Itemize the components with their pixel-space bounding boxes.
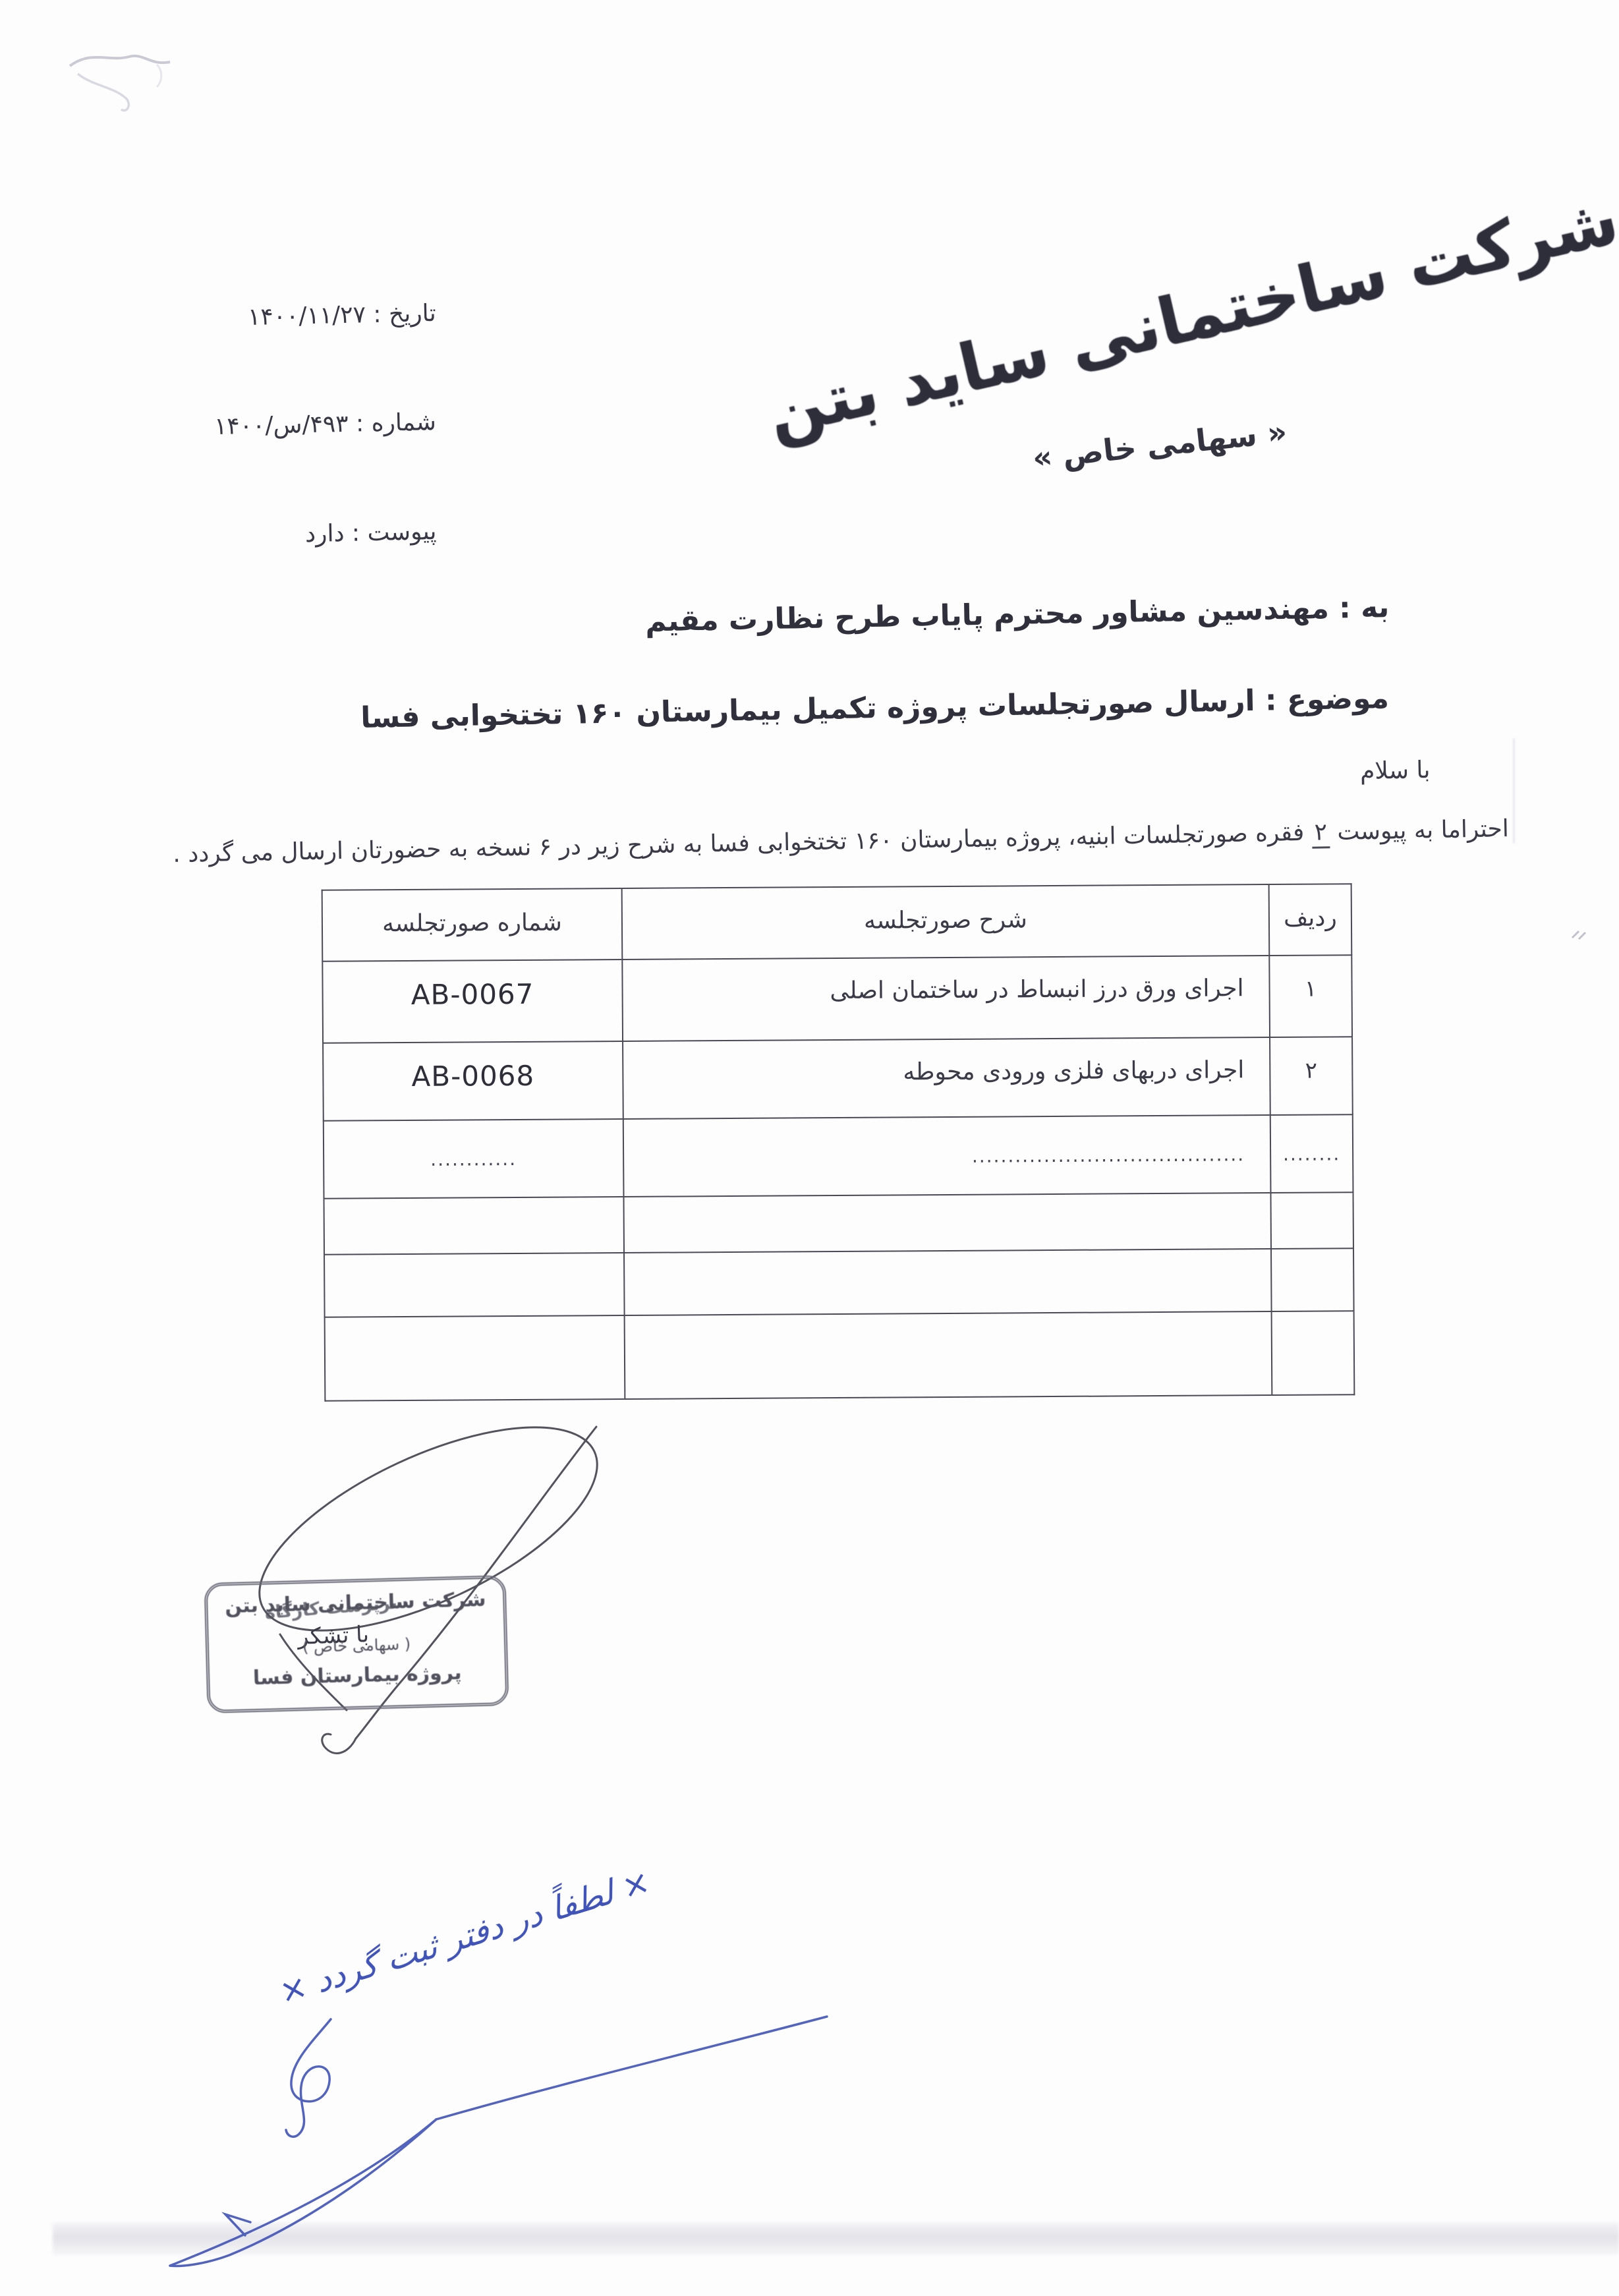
row-no-cell xyxy=(1270,1192,1353,1249)
scan-crease-artifact xyxy=(58,32,216,130)
attachment-count: ۲ xyxy=(1311,818,1330,849)
row-no-cell: ۲ xyxy=(1270,1037,1353,1115)
description-cell: اجرای ورق درز انبساط در ساختمان اصلی xyxy=(622,956,1270,1041)
minutes-no-cell: AB-0068 xyxy=(323,1041,623,1121)
intro-text-pre: احتراما به پیوست xyxy=(1330,815,1510,846)
description-cell xyxy=(623,1193,1271,1253)
scanned-letter-page: شرکت ساختمانی ساید بتن « سهامی خاص » تار… xyxy=(0,0,1619,2296)
number-line: شماره : ۴۹۳/س/۱۴۰۰ xyxy=(214,409,437,440)
header-row-no: ردیف xyxy=(1269,884,1352,956)
minutes-no-cell xyxy=(324,1197,625,1255)
row-no-cell xyxy=(1272,1311,1355,1395)
table-row xyxy=(324,1192,1353,1255)
table-row xyxy=(324,1248,1354,1317)
manager-pen-signature xyxy=(217,1377,652,1773)
table-header-row: ردیف شرح صورتجلسه شماره صورتجلسه xyxy=(322,884,1352,961)
row-no-cell: ۱ xyxy=(1269,955,1352,1037)
date-line: تاریخ : ۱۴۰۰/۱۱/۲۷ xyxy=(248,300,436,331)
minutes-no-cell: AB-0067 xyxy=(322,960,623,1043)
minutes-no-cell: ............ xyxy=(324,1119,624,1199)
table-row: ۲ اجرای دربهای فلزی ورودی محوطه AB-0068 xyxy=(323,1037,1353,1121)
handwritten-note: × لطفاً در دفتر ثبت گردد × xyxy=(267,1862,654,2015)
row-no-cell xyxy=(1271,1248,1354,1311)
intro-paragraph: احتراما به پیوست ۲ فقره صورتجلسات ابنیه،… xyxy=(173,815,1509,871)
company-stamp: شرکت ساختمانی ساید بتن سرپرست کارگاه ( س… xyxy=(204,1575,509,1713)
subject-line: موضوع : ارسال صورتجلسات پروژه تکمیل بیما… xyxy=(360,681,1389,735)
stamp-company-type: ( سهامی خاص ) xyxy=(209,1632,505,1659)
salutation: با سلام xyxy=(1359,757,1430,785)
recipient-line: به : مهندسین مشاور محترم پایاب طرح نظارت… xyxy=(644,590,1389,639)
stamp-project-name: پروژه بیمارستان فسا xyxy=(210,1660,505,1691)
registrar-pen-signature xyxy=(152,2003,857,2280)
pencil-mark-artifact xyxy=(1568,926,1595,946)
description-cell xyxy=(625,1311,1272,1399)
description-cell: ...................................... xyxy=(623,1115,1271,1197)
header-minutes-no: شماره صورتجلسه xyxy=(322,888,623,961)
scan-streak-artifact xyxy=(1513,738,1515,844)
header-description: شرح صورتجلسه xyxy=(622,884,1270,960)
row-no-cell: ........ xyxy=(1270,1114,1353,1193)
description-cell xyxy=(624,1249,1272,1315)
table-row: ........ ...............................… xyxy=(324,1114,1353,1199)
attachment-line: پیوست : دارد xyxy=(304,518,436,548)
description-cell: اجرای دربهای فلزی ورودی محوطه xyxy=(623,1037,1270,1119)
minutes-no-cell xyxy=(324,1253,625,1317)
table-row: ۱ اجرای ورق درز انبساط در ساختمان اصلی A… xyxy=(322,955,1352,1043)
minutes-table: ردیف شرح صورتجلسه شماره صورتجلسه ۱ اجرای… xyxy=(322,883,1355,1402)
intro-text-post: فقره صورتجلسات ابنیه، پروژه بیمارستان ۱۶… xyxy=(173,819,1312,868)
